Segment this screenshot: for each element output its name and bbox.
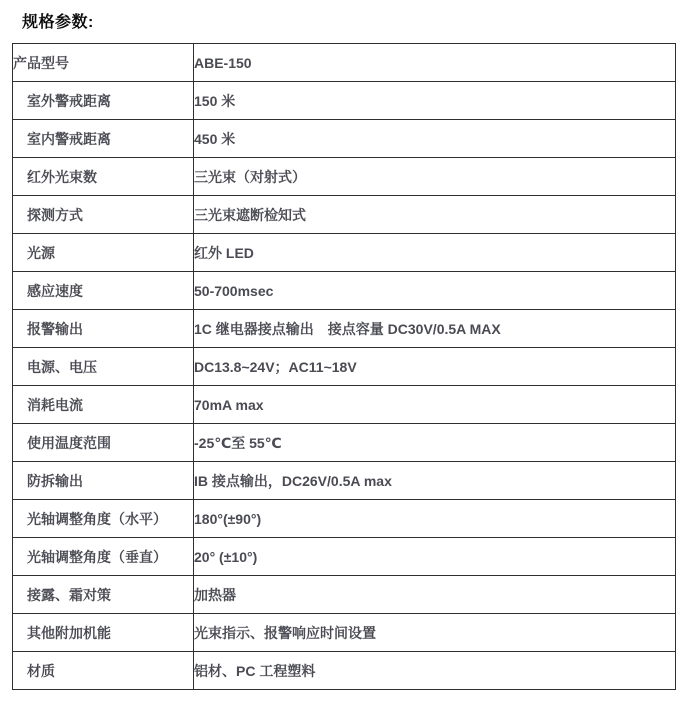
spec-label-cell: 室内警戒距离 (13, 120, 194, 158)
table-row: 材质铝材、PC 工程塑料 (13, 652, 676, 690)
spec-value-cell: 三光束（对射式） (194, 158, 676, 196)
spec-table: 产品型号ABE-150 室外警戒距离150 米 室内警戒距离450 米 红外光束… (12, 43, 676, 690)
table-row: 报警输出1C 继电器接点输出 接点容量 DC30V/0.5A MAX (13, 310, 676, 348)
spec-value-cell: 150 米 (194, 82, 676, 120)
spec-label-cell: 接露、霜对策 (13, 576, 194, 614)
table-row: 电源、电压DC13.8~24V；AC11~18V (13, 348, 676, 386)
table-row: 感应速度50-700msec (13, 272, 676, 310)
spec-value-cell: 光束指示、报警响应时间设置 (194, 614, 676, 652)
spec-value-cell: 70mA max (194, 386, 676, 424)
spec-table-body: 产品型号ABE-150 室外警戒距离150 米 室内警戒距离450 米 红外光束… (13, 44, 676, 690)
table-row: 红外光束数三光束（对射式） (13, 158, 676, 196)
spec-value-cell: 50-700msec (194, 272, 676, 310)
table-row: 光轴调整角度（垂直）20° (±10°) (13, 538, 676, 576)
spec-label-cell: 消耗电流 (13, 386, 194, 424)
table-row: 室内警戒距离450 米 (13, 120, 676, 158)
spec-value-cell: 20° (±10°) (194, 538, 676, 576)
spec-label-cell: 电源、电压 (13, 348, 194, 386)
spec-label-cell: 光源 (13, 234, 194, 272)
spec-value-cell: IB 接点输出，DC26V/0.5A max (194, 462, 676, 500)
spec-label-cell: 报警输出 (13, 310, 194, 348)
spec-value-cell: 铝材、PC 工程塑料 (194, 652, 676, 690)
spec-label-cell: 光轴调整角度（垂直） (13, 538, 194, 576)
spec-value-cell: 三光束遮断检知式 (194, 196, 676, 234)
spec-label-cell: 室外警戒距离 (13, 82, 194, 120)
table-row: 光源红外 LED (13, 234, 676, 272)
spec-label-cell: 红外光束数 (13, 158, 194, 196)
table-row: 接露、霜对策加热器 (13, 576, 676, 614)
spec-value-cell: 加热器 (194, 576, 676, 614)
spec-label-cell: 产品型号 (13, 44, 194, 82)
spec-label-cell: 防拆输出 (13, 462, 194, 500)
table-row: 防拆输出IB 接点输出，DC26V/0.5A max (13, 462, 676, 500)
table-row: 室外警戒距离150 米 (13, 82, 676, 120)
table-row: 其他附加机能光束指示、报警响应时间设置 (13, 614, 676, 652)
spec-value-cell: -25℃至 55℃ (194, 424, 676, 462)
spec-label-cell: 感应速度 (13, 272, 194, 310)
spec-value-cell: ABE-150 (194, 44, 676, 82)
table-row: 消耗电流70mA max (13, 386, 676, 424)
table-row: 探测方式三光束遮断检知式 (13, 196, 676, 234)
spec-value-cell: 1C 继电器接点输出 接点容量 DC30V/0.5A MAX (194, 310, 676, 348)
spec-value-cell: 红外 LED (194, 234, 676, 272)
spec-page: 规格参数: 产品型号ABE-150 室外警戒距离150 米 室内警戒距离450 … (0, 0, 694, 712)
page-title: 规格参数: (0, 0, 694, 43)
spec-label-cell: 使用温度范围 (13, 424, 194, 462)
spec-label-cell: 探测方式 (13, 196, 194, 234)
spec-label-cell: 其他附加机能 (13, 614, 194, 652)
table-row: 使用温度范围-25℃至 55℃ (13, 424, 676, 462)
table-row: 光轴调整角度（水平）180°(±90°) (13, 500, 676, 538)
spec-value-cell: 180°(±90°) (194, 500, 676, 538)
spec-label-cell: 材质 (13, 652, 194, 690)
spec-value-cell: DC13.8~24V；AC11~18V (194, 348, 676, 386)
spec-label-cell: 光轴调整角度（水平） (13, 500, 194, 538)
table-row: 产品型号ABE-150 (13, 44, 676, 82)
spec-value-cell: 450 米 (194, 120, 676, 158)
